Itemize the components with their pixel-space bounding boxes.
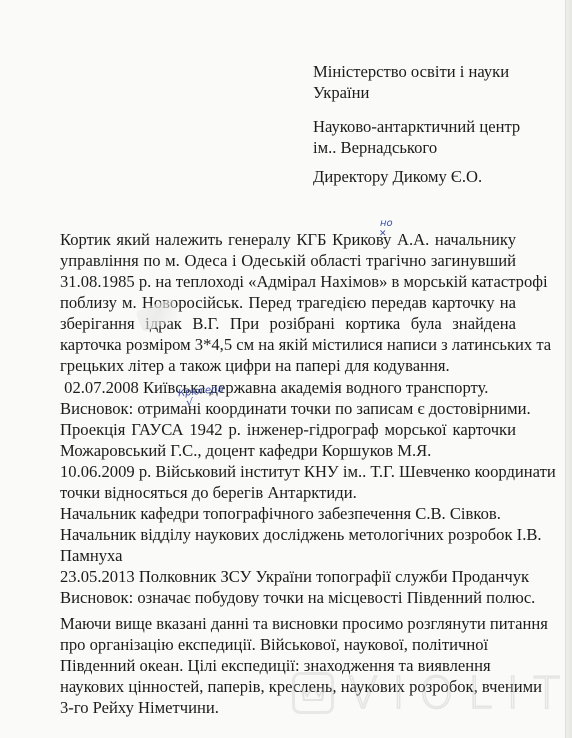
text-line: 02.07.2008 Київська державна академія во… xyxy=(60,378,488,398)
text-line: Начальник кафедри топографічного забезпе… xyxy=(60,504,501,524)
text-line: Памнуха xyxy=(60,546,122,566)
text-line: 23.05.2013 Полковник ЗСУ України топогра… xyxy=(60,567,529,587)
text-line: грецьких літер а також цифри на папері д… xyxy=(60,356,450,376)
header-center-name: ім.. Вернадського xyxy=(313,138,437,158)
text-line: Проекція ГАУСА 1942 р. інженер-гідрограф… xyxy=(60,420,516,440)
text-line: карточка розміром 3*4,5 см на якій місти… xyxy=(60,335,516,355)
text-line: точки відносяться до берегів Антарктиди. xyxy=(60,483,357,503)
text-line: Маючи вище вказані данні та висновки про… xyxy=(60,614,548,634)
text-line: Кортик який належить генералу КГБ Криков… xyxy=(60,230,516,250)
strikethrough-mark-icon: ✕ xyxy=(379,229,387,239)
watermark-text: VIOLITY xyxy=(348,668,572,719)
document-page: Міністерство освіти і науки України Наук… xyxy=(0,0,566,738)
text-line: Начальник відділу наукових досліджень ме… xyxy=(60,525,542,545)
header-country: України xyxy=(313,83,369,103)
watermark: VIOLITY xyxy=(292,668,572,718)
handwritten-correction-no: но xyxy=(380,219,393,229)
text-line: 3-го Рейху Німетчини. xyxy=(60,698,219,718)
text-line: управління по м. Одеса і Одеській област… xyxy=(60,251,516,271)
text-line: зберігання ідрак В.Г. При розібрані корт… xyxy=(60,314,516,334)
text-line: 10.06.2009 р. Військовий інститут КНУ ім… xyxy=(60,462,556,482)
text-line: 31.08.1985 р. на теплоході «Адмірал Нахі… xyxy=(60,272,516,292)
insertion-caret-icon: √ xyxy=(186,398,193,408)
text-line: Висновок: отримані координати точки по з… xyxy=(60,399,516,419)
watermark-logo-icon xyxy=(292,672,334,714)
header-ministry: Міністерство освіти і науки xyxy=(313,62,509,82)
text-line: Можаровський Г.С., доцент кафедри Коршук… xyxy=(60,441,431,461)
page-edge xyxy=(565,0,572,738)
text-line: Висновок: означає побудову точки на місц… xyxy=(60,588,535,608)
header-center: Науково-антарктичний центр xyxy=(313,117,520,137)
crown-icon xyxy=(300,684,326,702)
header-director: Директору Дикому Є.О. xyxy=(313,167,482,187)
text-line: поблизу м. Новоросійськ. Перед трагедією… xyxy=(60,293,516,313)
text-line: про організацію експедиції. Військової, … xyxy=(60,635,488,655)
